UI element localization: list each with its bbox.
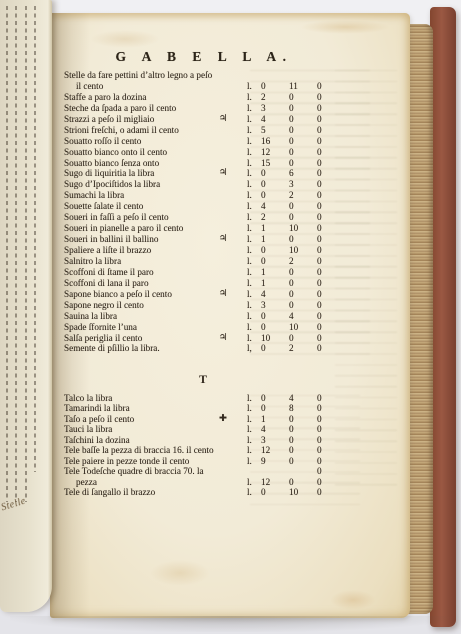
section-header-t: T <box>64 372 344 387</box>
lira-label: l, <box>240 343 260 354</box>
printer-mark-icon <box>206 201 240 212</box>
book-photo: G A B E L L A. Stelle da fare pettini d’… <box>0 0 461 634</box>
item-name: Souatto roſſo il cento <box>64 136 206 147</box>
table-row: Souette ſalate il cento l. 4 0 0 <box>64 201 348 212</box>
printer-mark-icon <box>206 487 240 497</box>
value-col3: 0 <box>316 223 341 234</box>
table-row: Souatto roſſo il cento l. 16 0 0 <box>64 136 348 147</box>
value-col2: 0 <box>288 158 316 169</box>
facing-page-leaf: Stelle <box>0 0 52 612</box>
value-col2: 2 <box>288 190 316 201</box>
value-col3 <box>316 70 341 81</box>
item-name: Sugo d’Ipociſtidos la libra <box>64 179 206 190</box>
table-row: Scoffoni di lana il paro l. 1 0 0 <box>64 278 348 289</box>
lira-label <box>240 466 260 476</box>
value-col1: 5 <box>260 125 288 136</box>
value-col2 <box>288 70 316 81</box>
handwritten-tab: Stelle <box>0 496 27 514</box>
lira-label: l. <box>240 147 260 158</box>
lira-label: l. <box>240 435 260 445</box>
tariff-table-section-s: Stelle da fare pettini d’altro legno a p… <box>64 70 348 354</box>
value-col2: 0 <box>288 212 316 223</box>
value-col1: 3 <box>260 103 288 114</box>
item-name: Souatto bianco ſenza onto <box>64 158 206 169</box>
value-col3: 0 <box>316 322 341 333</box>
item-name: Semente di pſillio la libra. <box>64 343 206 354</box>
printer-mark-icon <box>206 212 240 223</box>
value-col2: 10 <box>288 223 316 234</box>
value-col2: 0 <box>288 103 316 114</box>
value-col1: 1 <box>260 414 288 424</box>
printer-mark-icon <box>206 147 240 158</box>
item-name: Soueri in ballini il ballino <box>64 234 206 245</box>
value-col2: 4 <box>288 311 316 322</box>
printer-mark-icon <box>206 343 240 354</box>
printer-mark-icon <box>206 267 240 278</box>
value-col3: 0 <box>316 477 341 487</box>
lira-label: l. <box>240 267 260 278</box>
value-col2: 0 <box>288 136 316 147</box>
item-name: Steche da ſpada a paro il cento <box>64 103 206 114</box>
value-col1: 0 <box>260 190 288 201</box>
table-row: Sumachi la libra l. 0 2 0 <box>64 190 348 201</box>
item-name: Souatto bianco onto il cento <box>64 147 206 158</box>
item-name: Tauci la libra <box>64 424 206 434</box>
printer-mark-icon <box>206 136 240 147</box>
printer-mark-icon <box>206 245 240 256</box>
value-col1: 0 <box>260 487 288 497</box>
item-name: Stelle da fare pettini d’altro legno a p… <box>64 70 206 81</box>
value-col3: 0 <box>316 256 341 267</box>
value-col3: 0 <box>316 234 341 245</box>
value-col3: 0 <box>316 333 341 344</box>
item-name: Tele di ſangallo il brazzo <box>64 487 206 497</box>
item-name: pezza <box>64 477 206 487</box>
item-name: Talco la libra <box>64 393 206 403</box>
value-col2: 0 <box>288 289 316 300</box>
printer-mark-icon <box>206 81 240 92</box>
lira-label: l. <box>240 103 260 114</box>
value-col1: 1 <box>260 234 288 245</box>
value-col3: 0 <box>316 168 341 179</box>
value-col2: 0 <box>288 456 316 466</box>
leaf-text-column <box>15 6 17 502</box>
value-col2: 0 <box>288 278 316 289</box>
table-row: Spaliere a liſte il brazzo l. 0 10 0 <box>64 245 348 256</box>
lira-label: l. <box>240 278 260 289</box>
value-col1: 10 <box>260 333 288 344</box>
age-spot <box>150 560 210 586</box>
value-col2: 2 <box>288 343 316 354</box>
leaf-text-column <box>34 6 36 472</box>
value-col1: 2 <box>260 212 288 223</box>
table-row: Tauci la libra l. 4 0 0 <box>64 424 348 434</box>
leaf-text-column <box>6 6 8 502</box>
value-col3: 0 <box>316 158 341 169</box>
value-col2: 0 <box>288 414 316 424</box>
lira-label: l. <box>240 179 260 190</box>
value-col3: 0 <box>316 190 341 201</box>
value-col2: 0 <box>288 424 316 434</box>
printer-mark-icon: ♃ <box>206 234 240 245</box>
value-col1: 0 <box>260 245 288 256</box>
table-row: Scoffoni di ſtame il paro l. 1 0 0 <box>64 267 348 278</box>
printer-mark-icon <box>206 278 240 289</box>
lira-label: l. <box>240 81 260 92</box>
value-col3: 0 <box>316 435 341 445</box>
value-col2: 11 <box>288 81 316 92</box>
item-name: Tele baſſe la pezza di braccia 16. il ce… <box>64 445 206 455</box>
printer-mark-icon <box>206 456 240 466</box>
value-col2: 0 <box>288 267 316 278</box>
value-col1: 12 <box>260 445 288 455</box>
lira-label: l. <box>240 414 260 424</box>
value-col2: 4 <box>288 393 316 403</box>
value-col2 <box>288 466 316 476</box>
value-col1: 0 <box>260 179 288 190</box>
table-row: Steche da ſpada a paro il cento l. 3 0 0 <box>64 103 348 114</box>
table-row: Talco la libra l. 0 4 0 <box>64 393 348 403</box>
lira-label: l. <box>240 445 260 455</box>
value-col2: 0 <box>288 114 316 125</box>
value-col2: 0 <box>288 300 316 311</box>
item-name: Spaliere a liſte il brazzo <box>64 245 206 256</box>
table-row: Soueri in pianelle a paro il cento l. 1 … <box>64 223 348 234</box>
lira-label: l. <box>240 256 260 267</box>
printer-mark-icon: ♃ <box>206 289 240 300</box>
printer-mark-icon <box>206 466 240 476</box>
value-col2: 0 <box>288 201 316 212</box>
table-row: Salſa periglia il cento ♃ l. 10 0 0 <box>64 333 348 344</box>
lira-label: l. <box>240 393 260 403</box>
page-title: G A B E L L A. <box>64 49 344 65</box>
printer-mark-icon <box>206 300 240 311</box>
value-col1: 1 <box>260 267 288 278</box>
value-col2: 2 <box>288 256 316 267</box>
value-col3: 0 <box>316 125 341 136</box>
age-spot <box>90 30 160 48</box>
table-row: Strazzi a peſo il migliaio ♃ l. 4 0 0 <box>64 114 348 125</box>
lira-label: l. <box>240 190 260 201</box>
table-row: Tele Todeſche quadre di braccia 70. la 0 <box>64 466 348 476</box>
lira-label: l. <box>240 245 260 256</box>
printer-mark-icon <box>206 311 240 322</box>
item-name: Tele Todeſche quadre di braccia 70. la <box>64 466 206 476</box>
value-col1: 0 <box>260 343 288 354</box>
lira-label: l. <box>240 234 260 245</box>
value-col1: 1 <box>260 223 288 234</box>
lira-label: l. <box>240 403 260 413</box>
item-name: Salſa periglia il cento <box>64 333 206 344</box>
lira-label: l. <box>240 125 260 136</box>
table-row: Strioni freſchi, o adami il cento l. 5 0… <box>64 125 348 136</box>
value-col3: 0 <box>316 343 341 354</box>
value-col2: 6 <box>288 168 316 179</box>
item-name: il cento <box>64 81 206 92</box>
lira-label: l. <box>240 333 260 344</box>
value-col2: 0 <box>288 477 316 487</box>
value-col1: 2 <box>260 92 288 103</box>
value-col1: 4 <box>260 424 288 434</box>
table-row: Staffe a paro la dozina l. 2 0 0 <box>64 92 348 103</box>
printer-mark-icon: ♃ <box>206 168 240 179</box>
printer-mark-icon <box>206 125 240 136</box>
lira-label: l. <box>240 168 260 179</box>
value-col3: 0 <box>316 136 341 147</box>
printed-text-area: G A B E L L A. Stelle da fare pettini d’… <box>64 49 344 65</box>
printer-mark-icon <box>206 92 240 103</box>
table-row: Soueri in faſſi a peſo il cento l. 2 0 0 <box>64 212 348 223</box>
value-col2: 0 <box>288 92 316 103</box>
value-col1: 4 <box>260 289 288 300</box>
printer-mark-icon <box>206 435 240 445</box>
lira-label: l. <box>240 300 260 311</box>
item-name: Taſo a peſo il cento <box>64 414 206 424</box>
value-col3: 0 <box>316 403 341 413</box>
item-name: Soueri in pianelle a paro il cento <box>64 223 206 234</box>
item-name: Strazzi a peſo il migliaio <box>64 114 206 125</box>
printer-mark-icon: ♃ <box>206 114 240 125</box>
value-col1: 12 <box>260 477 288 487</box>
table-row: il cento l. 0 11 0 <box>64 81 348 92</box>
value-col2: 0 <box>288 234 316 245</box>
item-name: Spade ſfornite l’una <box>64 322 206 333</box>
value-col2: 0 <box>288 125 316 136</box>
value-col3: 0 <box>316 456 341 466</box>
lira-label: l. <box>240 201 260 212</box>
printer-mark-icon: ✚ <box>206 414 240 424</box>
item-name: Strioni freſchi, o adami il cento <box>64 125 206 136</box>
value-col1: 0 <box>260 81 288 92</box>
value-col3: 0 <box>316 278 341 289</box>
value-col2: 10 <box>288 245 316 256</box>
value-col3: 0 <box>316 300 341 311</box>
age-spot <box>300 20 390 34</box>
value-col1: 1 <box>260 278 288 289</box>
table-row: Souatto bianco onto il cento l. 12 0 0 <box>64 147 348 158</box>
printer-mark-icon <box>206 403 240 413</box>
value-col1: 0 <box>260 311 288 322</box>
value-col1: 4 <box>260 201 288 212</box>
value-col3: 0 <box>316 466 341 476</box>
table-row: Taſchini la dozina l. 3 0 0 <box>64 435 348 445</box>
value-col3: 0 <box>316 424 341 434</box>
printer-mark-icon <box>206 322 240 333</box>
lira-label: l. <box>240 456 260 466</box>
value-col3: 0 <box>316 393 341 403</box>
table-row: Stelle da fare pettini d’altro legno a p… <box>64 70 348 81</box>
value-col1: 9 <box>260 456 288 466</box>
value-col2: 3 <box>288 179 316 190</box>
table-row: Tamarindi la libra l. 0 8 0 <box>64 403 348 413</box>
lira-label: l. <box>240 223 260 234</box>
printer-mark-icon <box>206 223 240 234</box>
lira-label: l. <box>240 136 260 147</box>
value-col3: 0 <box>316 201 341 212</box>
value-col3: 0 <box>316 289 341 300</box>
age-spot <box>330 590 376 610</box>
item-name: Salnitro la libra <box>64 256 206 267</box>
table-row: Souatto bianco ſenza onto l. 15 0 0 <box>64 158 348 169</box>
value-col3: 0 <box>316 445 341 455</box>
value-col1 <box>260 466 288 476</box>
book-shadow <box>10 616 450 632</box>
value-col2: 8 <box>288 403 316 413</box>
printer-mark-icon <box>206 477 240 487</box>
printer-mark-icon <box>206 393 240 403</box>
value-col3: 0 <box>316 147 341 158</box>
value-col2: 0 <box>288 333 316 344</box>
printer-mark-icon <box>206 158 240 169</box>
table-row: Taſo a peſo il cento ✚ l. 1 0 0 <box>64 414 348 424</box>
value-col1: 3 <box>260 435 288 445</box>
value-col1: 4 <box>260 114 288 125</box>
tariff-table-section-t: Talco la libra l. 0 4 0 Tamarindi la lib… <box>64 393 348 497</box>
value-col1: 0 <box>260 168 288 179</box>
value-col3: 0 <box>316 114 341 125</box>
lira-label: l. <box>240 477 260 487</box>
value-col2: 0 <box>288 435 316 445</box>
table-row: Sauina la libra l. 0 4 0 <box>64 311 348 322</box>
item-name: Staffe a paro la dozina <box>64 92 206 103</box>
value-col1: 15 <box>260 158 288 169</box>
lira-label: l. <box>240 289 260 300</box>
item-name: Soueri in faſſi a peſo il cento <box>64 212 206 223</box>
value-col1 <box>260 70 288 81</box>
printer-mark-icon <box>206 70 240 81</box>
value-col2: 0 <box>288 445 316 455</box>
value-col3: 0 <box>316 103 341 114</box>
leaf-text-column <box>25 6 27 502</box>
table-row: Sugo di liquiritia la libra ♃ l. 0 6 0 <box>64 168 348 179</box>
value-col1: 3 <box>260 300 288 311</box>
printer-mark-icon <box>206 256 240 267</box>
printer-mark-icon <box>206 445 240 455</box>
printer-mark-icon <box>206 190 240 201</box>
item-name: Scoffoni di ſtame il paro <box>64 267 206 278</box>
table-row: Spade ſfornite l’una l. 0 10 0 <box>64 322 348 333</box>
table-row: Sapone bianco a peſo il cento ♃ l. 4 0 0 <box>64 289 348 300</box>
item-name: Tele paiere in pezze tonde il cento <box>64 456 206 466</box>
value-col2: 10 <box>288 487 316 497</box>
table-row: Tele di ſangallo il brazzo l. 0 10 0 <box>64 487 348 497</box>
lira-label <box>240 70 260 81</box>
value-col3: 0 <box>316 245 341 256</box>
value-col1: 0 <box>260 403 288 413</box>
table-row: Sapone negro il cento l. 3 0 0 <box>64 300 348 311</box>
table-row: Semente di pſillio la libra. l, 0 2 0 <box>64 343 348 354</box>
table-row: Sugo d’Ipociſtidos la libra l. 0 3 0 <box>64 179 348 190</box>
table-row: Soueri in ballini il ballino ♃ l. 1 0 0 <box>64 234 348 245</box>
value-col3: 0 <box>316 212 341 223</box>
item-name: Taſchini la dozina <box>64 435 206 445</box>
value-col2: 10 <box>288 322 316 333</box>
item-name: Sapone bianco a peſo il cento <box>64 289 206 300</box>
value-col3: 0 <box>316 267 341 278</box>
item-name: Scoffoni di lana il paro <box>64 278 206 289</box>
book-cover-edge <box>430 7 456 627</box>
value-col3: 0 <box>316 414 341 424</box>
item-name: Tamarindi la libra <box>64 403 206 413</box>
lira-label: l. <box>240 322 260 333</box>
value-col1: 0 <box>260 393 288 403</box>
table-row: pezza l. 12 0 0 <box>64 477 348 487</box>
lira-label: l. <box>240 92 260 103</box>
lira-label: l. <box>240 487 260 497</box>
printer-mark-icon <box>206 103 240 114</box>
value-col1: 16 <box>260 136 288 147</box>
value-col2: 0 <box>288 147 316 158</box>
lira-label: l. <box>240 212 260 223</box>
table-row: Tele baſſe la pezza di braccia 16. il ce… <box>64 445 348 455</box>
value-col3: 0 <box>316 81 341 92</box>
value-col1: 0 <box>260 322 288 333</box>
item-name: Sauina la libra <box>64 311 206 322</box>
lira-label: l. <box>240 311 260 322</box>
value-col3: 0 <box>316 487 341 497</box>
printer-mark-icon <box>206 424 240 434</box>
printer-mark-icon: ♃ <box>206 333 240 344</box>
item-name: Sumachi la libra <box>64 190 206 201</box>
item-name: Souette ſalate il cento <box>64 201 206 212</box>
printer-mark-icon <box>206 179 240 190</box>
value-col3: 0 <box>316 92 341 103</box>
table-row: Salnitro la libra l. 0 2 0 <box>64 256 348 267</box>
item-name: Sapone negro il cento <box>64 300 206 311</box>
value-col1: 12 <box>260 147 288 158</box>
value-col1: 0 <box>260 256 288 267</box>
item-name: Sugo di liquiritia la libra <box>64 168 206 179</box>
lira-label: l. <box>240 158 260 169</box>
lira-label: l. <box>240 424 260 434</box>
value-col3: 0 <box>316 179 341 190</box>
value-col3: 0 <box>316 311 341 322</box>
table-row: Tele paiere in pezze tonde il cento l. 9… <box>64 456 348 466</box>
lira-label: l. <box>240 114 260 125</box>
